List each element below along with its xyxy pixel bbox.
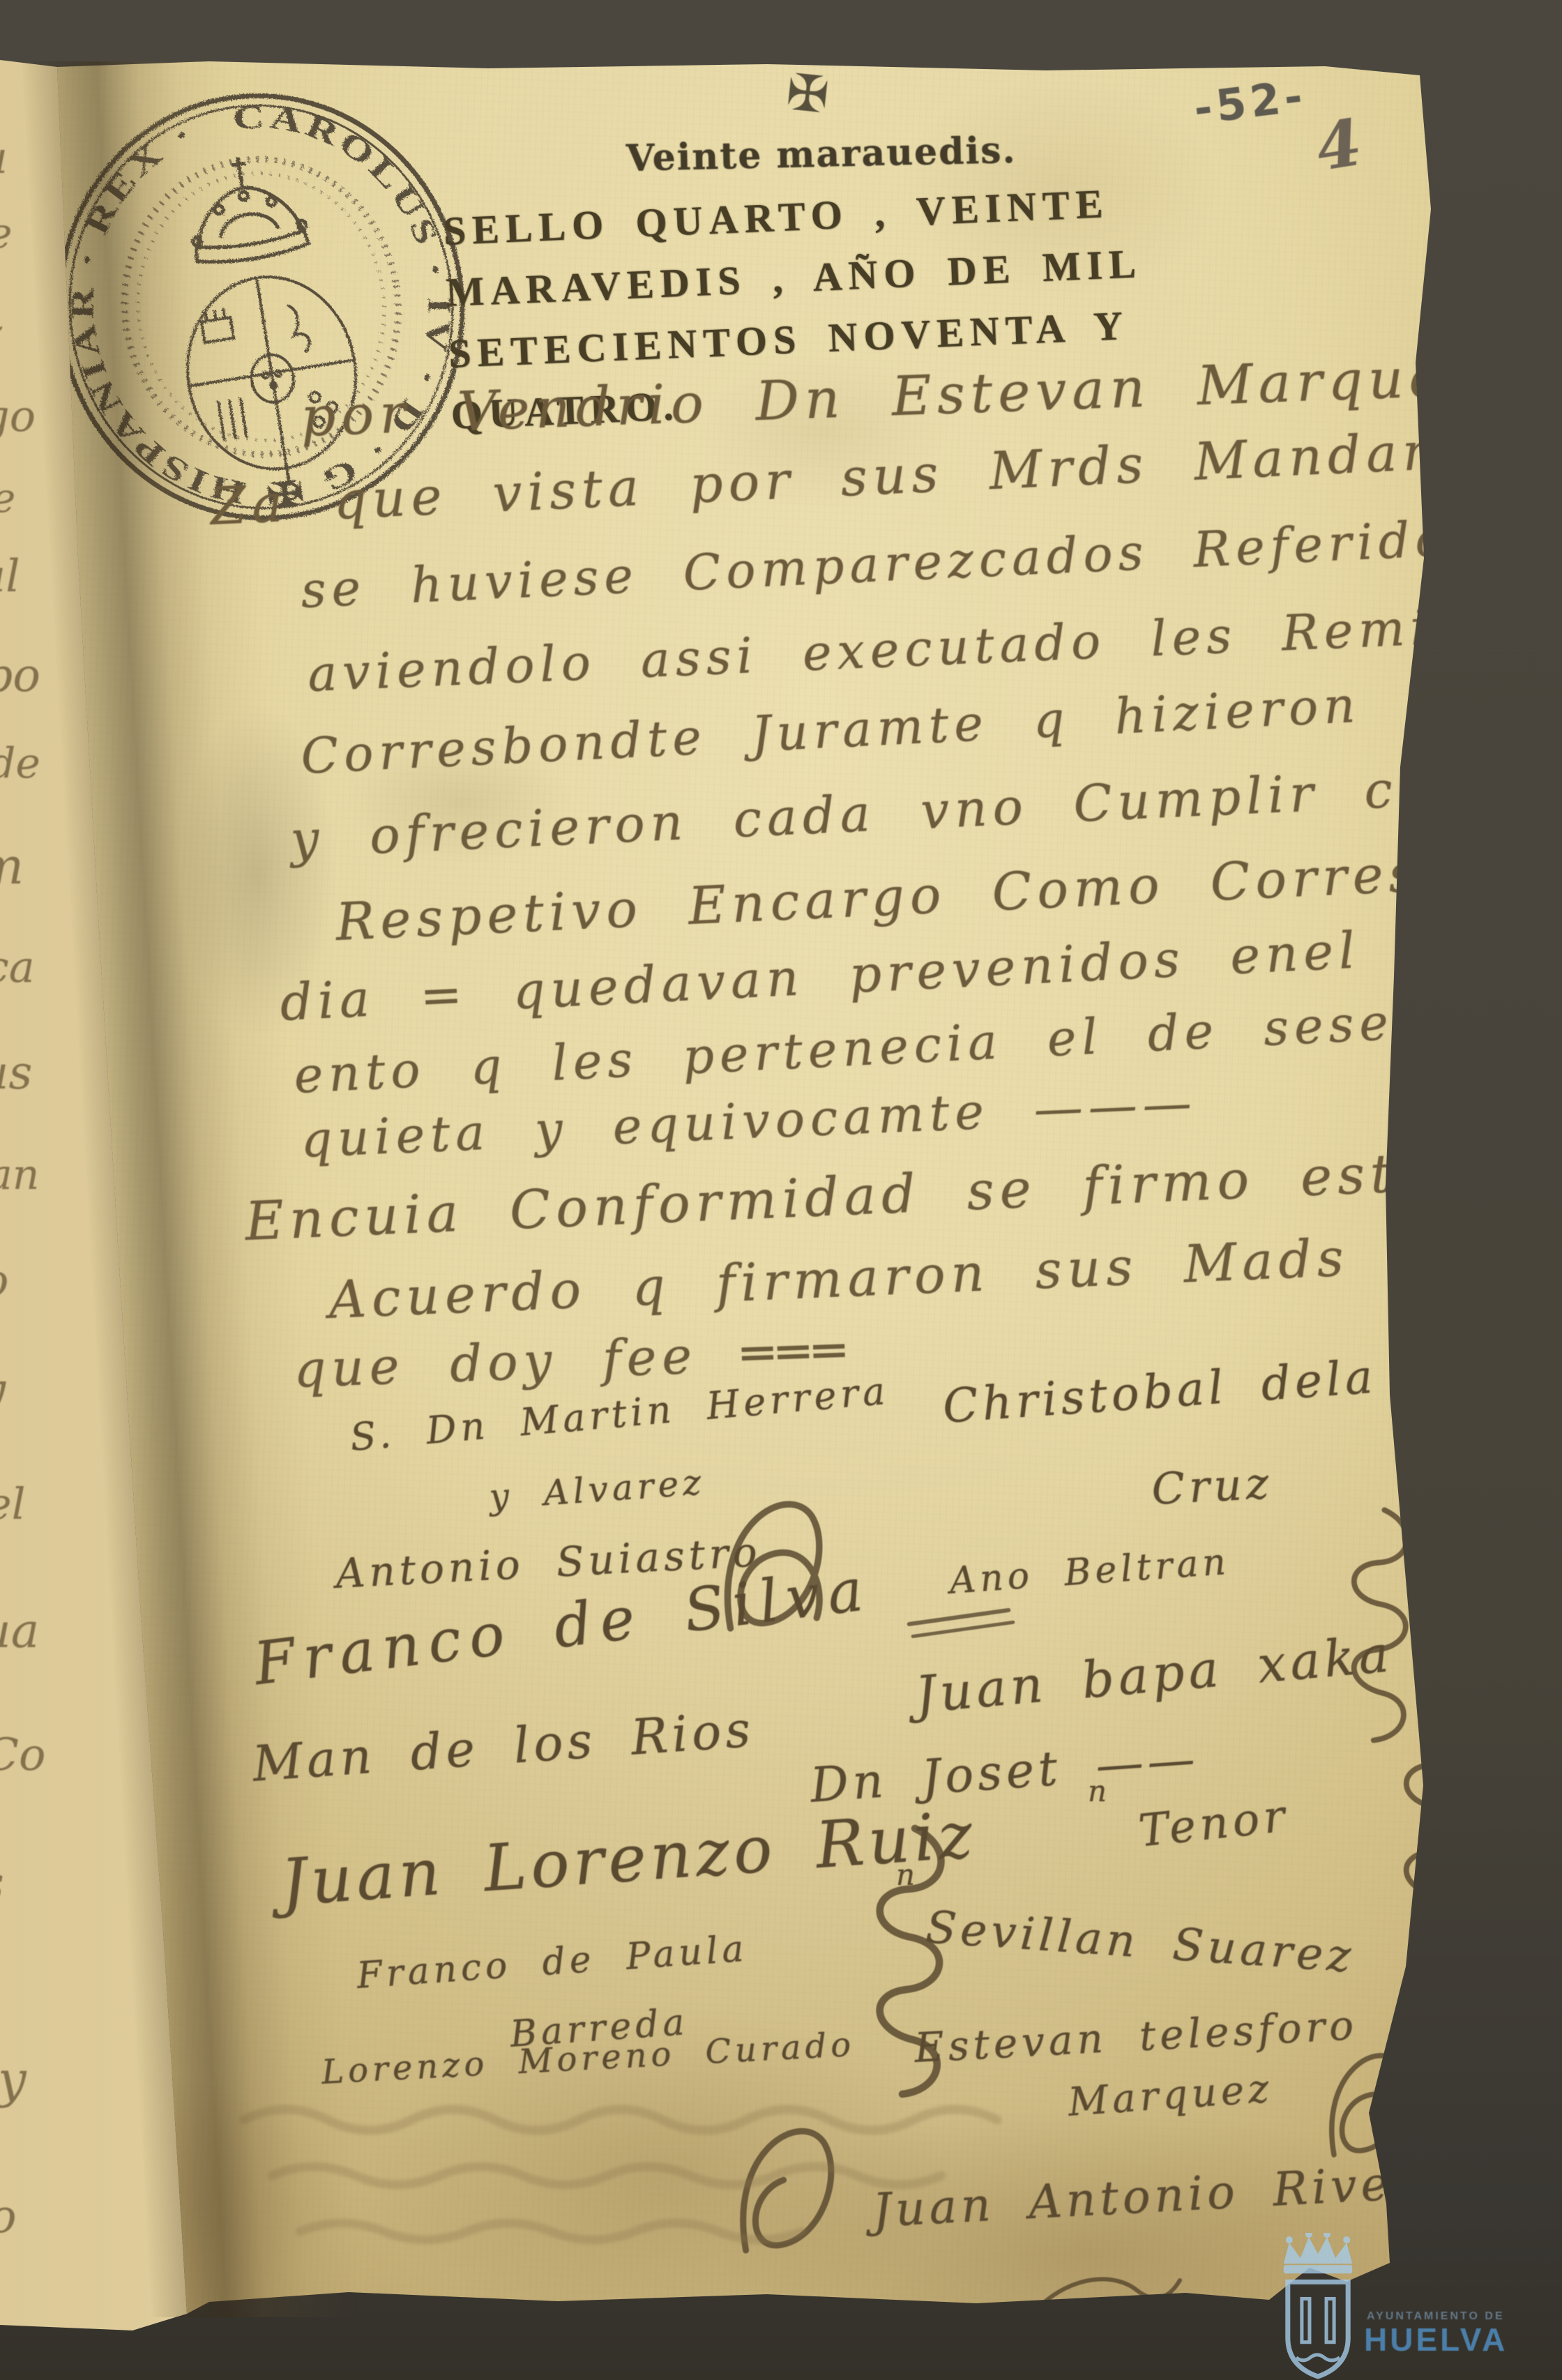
signature-estevan-telesforo: Estevan telesforo: [913, 2005, 1358, 2068]
document-page: ✠ Veinte marauedis. -52- 4 CAROLUS · IV: [0, 0, 1562, 2380]
prev-page-text-fragment: y: [0, 1360, 6, 1423]
folio-number: -52-: [1192, 74, 1309, 130]
prev-page-text-fragment: o: [0, 2190, 17, 2243]
prev-page-text-fragment: po: [0, 649, 40, 702]
rubric-flourish: [1384, 1701, 1475, 1980]
rubric-flourish: [1311, 2008, 1416, 2218]
prev-page-text-fragment: us: [0, 1046, 32, 1100]
prev-page-text-fragment: al: [0, 551, 20, 602]
prev-page-text-fragment: s: [0, 1855, 4, 1912]
watermark-title: HUELVA: [1364, 2324, 1508, 2356]
prev-page-text-fragment: el: [0, 1478, 26, 1529]
prev-page-text-fragment: ly: [0, 2050, 26, 2109]
prev-page-text-fragment: an: [0, 1151, 39, 1199]
prev-page-text-fragment: go: [0, 391, 36, 441]
cross-ornament-icon: ✠: [784, 62, 832, 125]
signature-manuel-rios: Man de los Rios: [251, 1705, 756, 1789]
prev-page-text-fragment: e: [0, 474, 15, 522]
signature-martin-herrera-2: y Alvarez: [488, 1464, 706, 1515]
stray-pen-mark: n: [1088, 1777, 1111, 1806]
prev-page-text-fragment: m: [0, 837, 24, 895]
scanned-document-photo: u e z go e al po de m ca us an o y el ua…: [0, 0, 1562, 2380]
bleed-through-marks: [230, 2092, 1206, 2273]
huelva-crest-icon: [1276, 2233, 1360, 2380]
signature-sevillan-suarez: Sevillan Suarez: [925, 1905, 1356, 1980]
signature-christobal-cruz: Christobal dela: [941, 1354, 1378, 1430]
signature-jose: Dn Joset ——: [809, 1736, 1201, 1810]
tax-header: Veinte marauedis.: [626, 132, 1017, 177]
prev-page-text-fragment: ua: [0, 1604, 39, 1659]
signature-tenorio: Tenor: [1137, 1794, 1291, 1854]
prev-page-text-fragment: de: [0, 739, 40, 788]
watermark-small-text: AYUNTAMIENTO DE: [1367, 2311, 1505, 2322]
prev-page-text-fragment: o: [0, 1255, 9, 1307]
sheet-number: 4: [1312, 110, 1366, 181]
prev-page-text-fragment: ca: [0, 941, 35, 992]
manuscript-line: Acuerdo q firmaron sus Mads de: [328, 1227, 1471, 1326]
signature-christobal-cruz-2: Cruz: [1151, 1462, 1274, 1511]
prev-page-text-fragment: Co: [0, 1729, 46, 1781]
signature-juan-bautista: Juan bapa xaka: [913, 1628, 1395, 1720]
prev-page-text-fragment: z: [0, 307, 2, 364]
signature-antonio-beltran: Ano Beltran: [948, 1544, 1231, 1600]
manuscript-line: se huviese Comparezcados Referidos q: [300, 509, 1562, 615]
prev-page-text-fragment: e: [0, 209, 13, 258]
archive-watermark: AYUNTAMIENTO DE HUELVA: [1276, 2233, 1562, 2380]
prev-page-text-fragment: u: [0, 132, 8, 184]
signature-francisco-paula: Franco de Paula: [356, 1931, 749, 1994]
rubric-flourish: [697, 1471, 837, 1681]
